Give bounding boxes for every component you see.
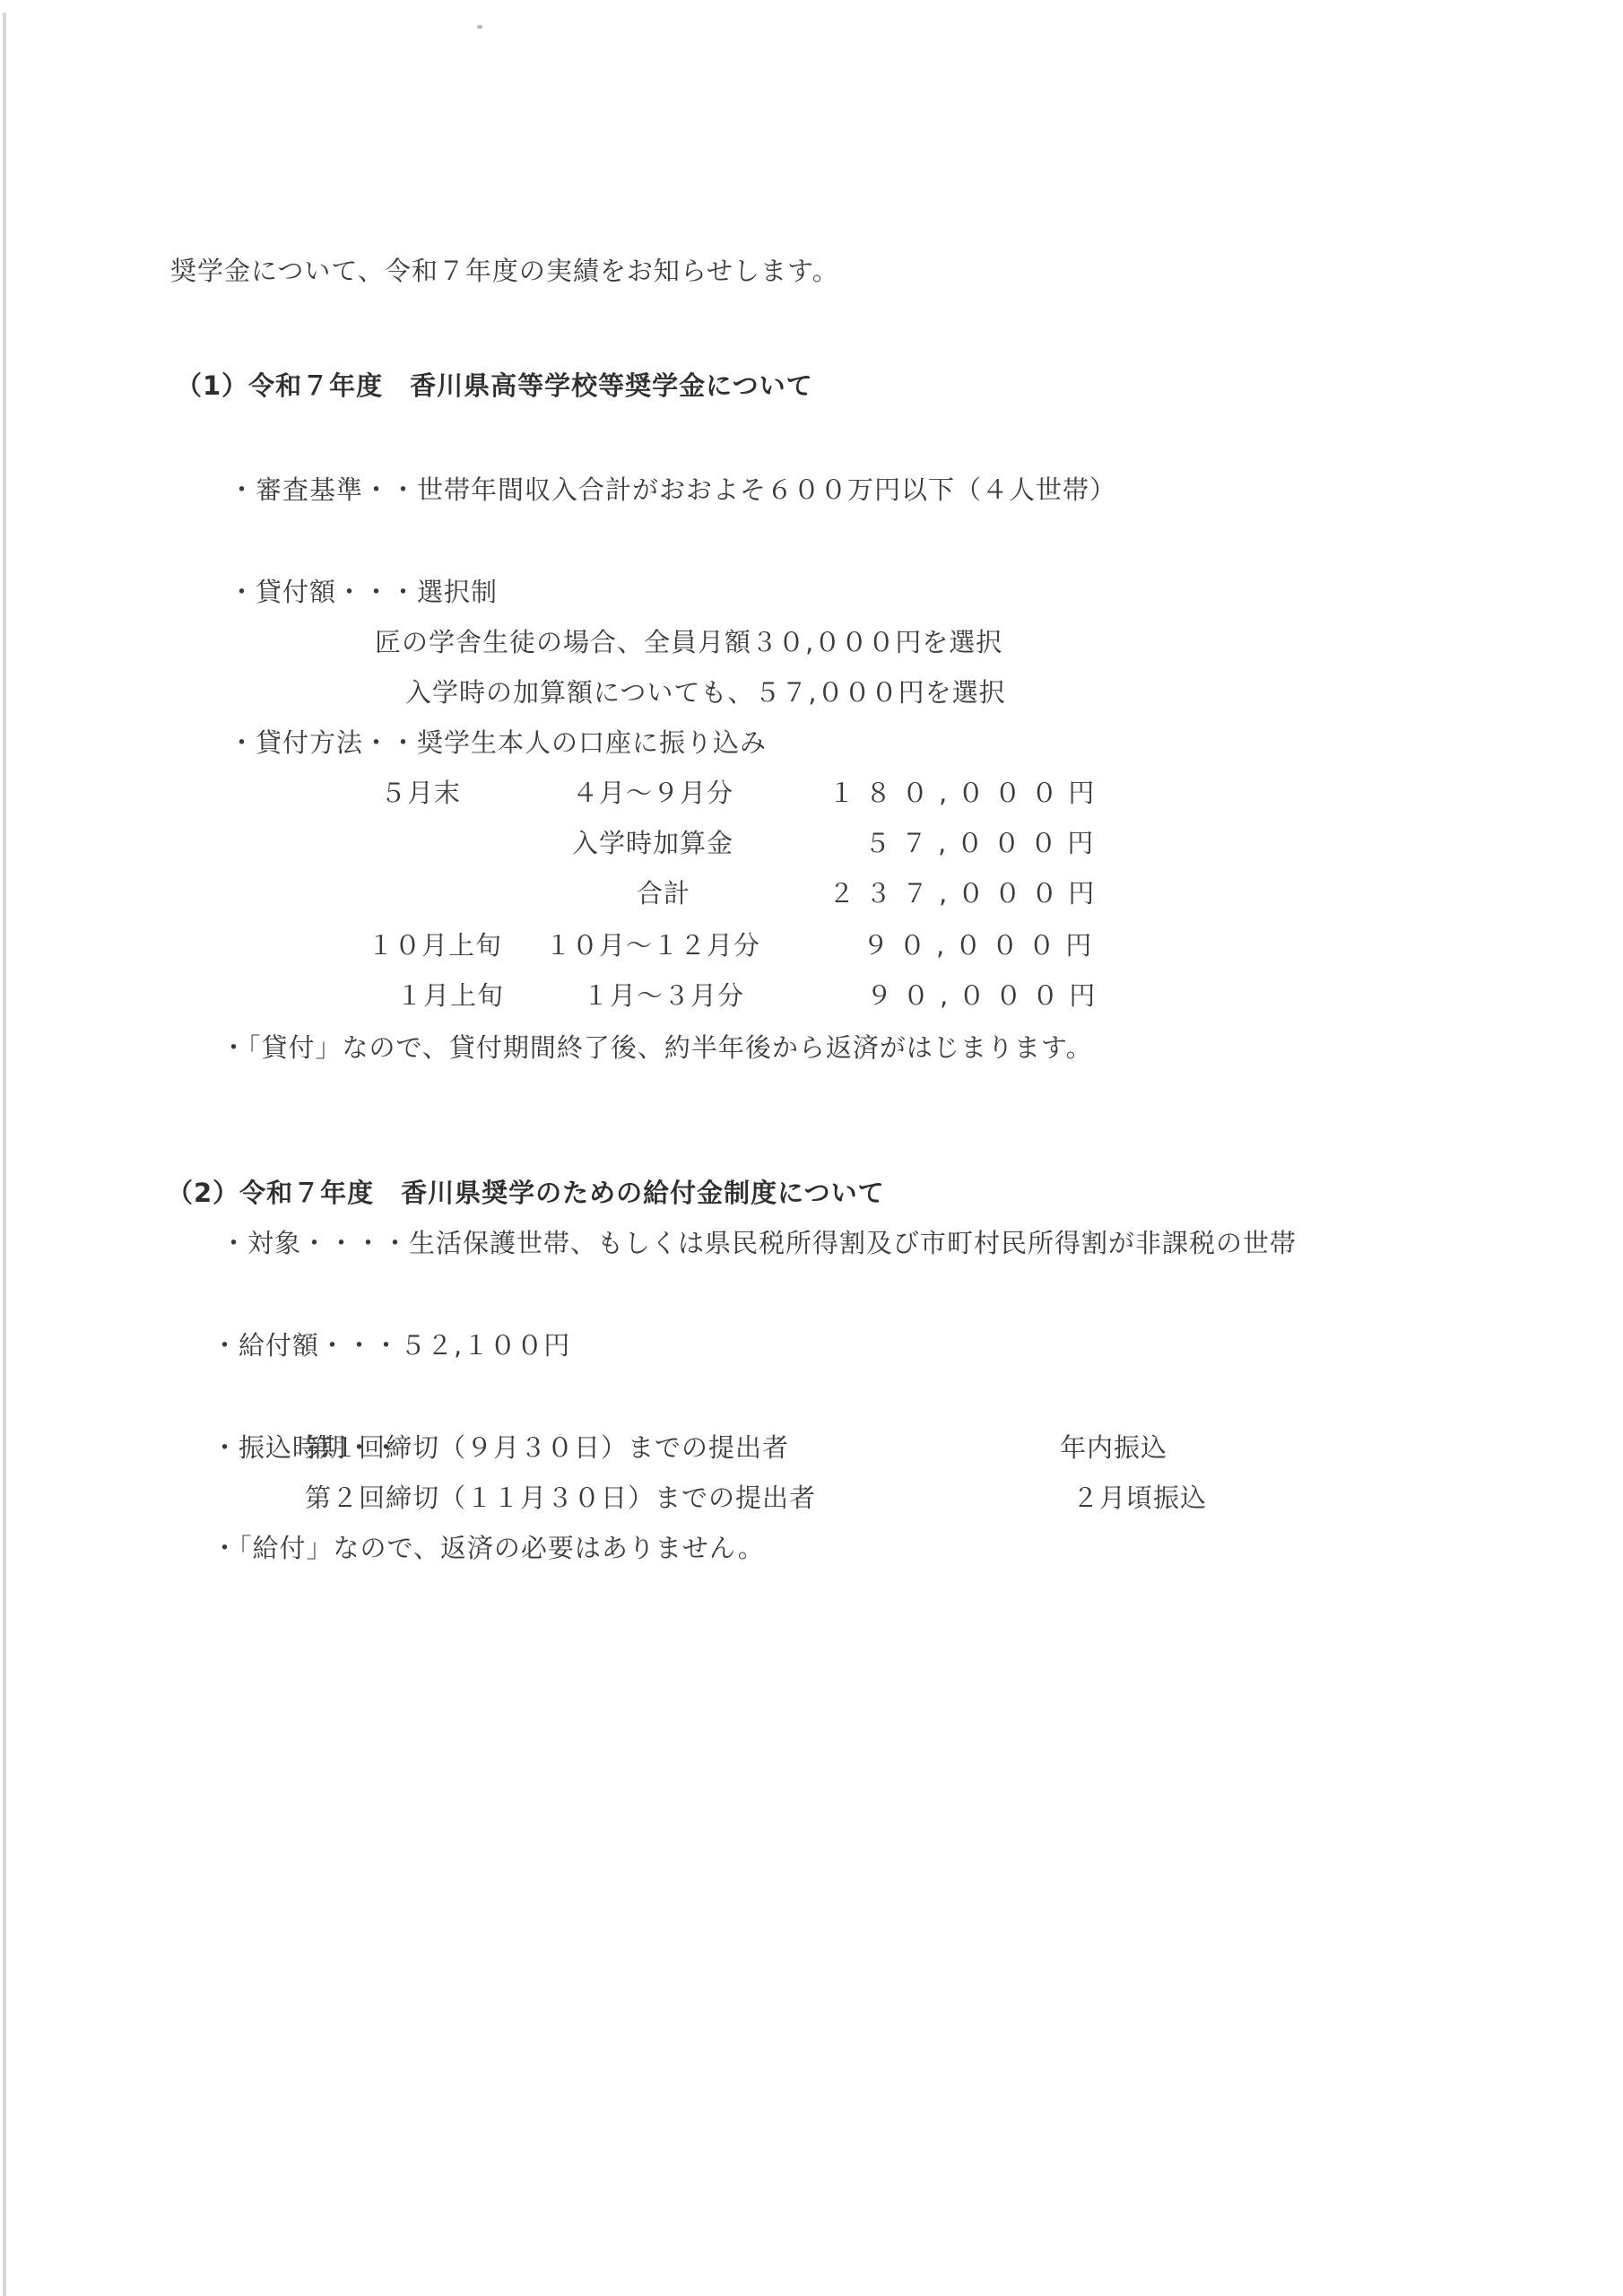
- section2-no-repayment-note: ・「給付」なので、返済の必要はありません。: [212, 1532, 765, 1564]
- transfer-deadline: 第２回締切（１１月３０日）までの提出者: [305, 1482, 816, 1514]
- section1-criteria: ・審査基準・・世帯年間収入合計がおおよそ６００万円以下（４人世帯）: [229, 474, 1116, 506]
- schedule-amount: ９０,０００円: [863, 929, 1102, 961]
- schedule-amount: １８０,０００円: [829, 777, 1105, 809]
- schedule-amount: ９０,０００円: [866, 979, 1106, 1012]
- scan-speck: [477, 25, 482, 29]
- schedule-period: ４月～９月分: [572, 777, 733, 809]
- transfer-deadline: 第１回締切（９月３０日）までの提出者: [305, 1431, 789, 1464]
- schedule-timing: １月上旬: [396, 979, 504, 1012]
- section1-repayment-note: ・「貸付」なので、貸付期間終了後、約半年後から返済がはじまります。: [221, 1031, 1093, 1064]
- schedule-period: １月～３月分: [583, 979, 744, 1012]
- section1-loan-amount-note1: 匠の学舎生徒の場合、全員月額３０,０００円を選択: [375, 626, 1002, 658]
- scan-edge-artifact: [3, 13, 6, 2296]
- schedule-period: 入学時加算金: [572, 827, 733, 859]
- section1-loan-method: ・貸付方法・・奨学生本人の口座に振り込み: [229, 726, 767, 759]
- section1-loan-amount-label: ・貸付額・・・選択制: [229, 576, 498, 608]
- section2-heading: （2）令和７年度 香川県奨学のための給付金制度について: [167, 1177, 885, 1209]
- schedule-timing: １０月上旬: [368, 929, 502, 961]
- schedule-timing: ５月末: [380, 777, 461, 809]
- transfer-timing: 年内振込: [1060, 1431, 1167, 1464]
- section2-grant-amount: ・給付額・・・５２,１００円: [212, 1329, 570, 1361]
- section1-loan-amount-note2: 入学時の加算額についても、５７,０００円を選択: [405, 676, 1006, 709]
- schedule-period: １０月～１２月分: [545, 929, 760, 961]
- schedule-total-amount: ２３７,０００円: [829, 877, 1105, 909]
- section2-target: ・対象・・・・生活保護世帯、もしくは県民税所得割及び市町村民所得割が非課税の世帯: [221, 1227, 1297, 1259]
- schedule-amount: ５７,０００円: [864, 827, 1104, 859]
- intro-text: 奨学金について、令和７年度の実績をお知らせします。: [170, 255, 839, 287]
- transfer-timing: ２月頃振込: [1072, 1482, 1207, 1514]
- schedule-total-label: 合計: [637, 877, 690, 909]
- section1-heading: （1）令和７年度 香川県高等学校等奨学金について: [176, 370, 813, 402]
